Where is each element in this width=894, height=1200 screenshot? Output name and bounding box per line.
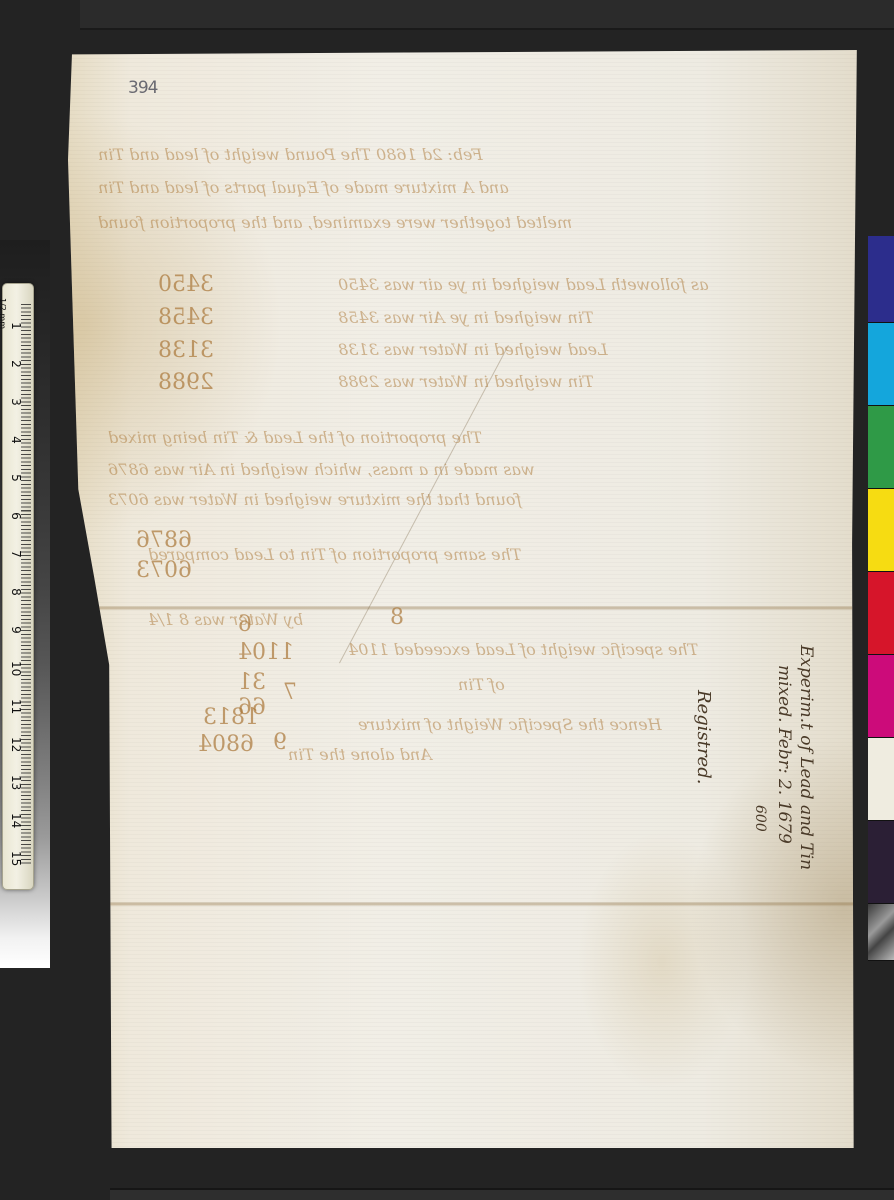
- bleed-number: 6804: [198, 732, 254, 757]
- bleed-number: 3450: [158, 272, 214, 297]
- swatch-cyan: [868, 323, 894, 406]
- bleed-number: 7: [283, 680, 297, 705]
- ruler-tick-5: 5: [9, 471, 23, 485]
- bleed-number: 8: [390, 605, 404, 630]
- endorsement-line-3: 600: [752, 805, 768, 832]
- horizontal-fold-lower: [68, 902, 860, 906]
- measurement-ruler: 1/2 mm 1 2 3 4 5 6 7 8 9 10 11 12 13 14 …: [2, 283, 34, 890]
- swatch-blue: [868, 236, 894, 323]
- folio-number: 394: [128, 78, 157, 98]
- swatch-white: [868, 738, 894, 821]
- ruler-tick-7: 7: [9, 547, 23, 561]
- bleed-line: Tin weighed in ye Air was 3458: [338, 308, 594, 327]
- bleed-line: The specific weight of Lead exceeded 110…: [348, 640, 698, 659]
- bleed-line: found that the mixture weighed in Water …: [108, 490, 521, 509]
- bleed-number: 6: [238, 612, 252, 637]
- swatch-green: [868, 406, 894, 489]
- ruler-tick-10: 10: [9, 661, 23, 675]
- ruler-tick-3: 3: [9, 395, 23, 409]
- bleed-number: 6876: [136, 528, 192, 553]
- bleed-line: And alone the Tin: [288, 745, 432, 764]
- bleed-line: as followeth Lead weighed in ye air was …: [338, 275, 709, 294]
- bleed-number: 1813: [203, 705, 259, 730]
- mounting-board-bottom: [110, 1188, 894, 1200]
- color-calibration-strip: [868, 236, 894, 952]
- swatch-red: [868, 572, 894, 655]
- bleed-number: 1104: [238, 640, 294, 665]
- bleed-line: melted together were examined, and the p…: [98, 213, 572, 232]
- bleed-line: by Water was 8 1/4: [148, 610, 303, 629]
- bleed-line: and A mixture made of Equal parts of lea…: [98, 178, 509, 197]
- ruler-tick-2: 2: [9, 357, 23, 371]
- bleed-number: 3138: [158, 338, 214, 363]
- endorsement-line-1: Experim.t of Lead and Tin: [796, 645, 816, 870]
- bleed-line: The proportion of the Lead & Tin being m…: [108, 428, 482, 447]
- ruler-tick-12: 12: [9, 737, 23, 751]
- mounting-board-top: [80, 0, 894, 30]
- bleed-number: 9: [273, 730, 287, 755]
- bleed-line: Hence the Specific Weight of mixture: [358, 715, 662, 734]
- bleed-line: was made in a mass, which weighed in Air…: [108, 460, 535, 479]
- swatch-silver: [868, 904, 894, 961]
- bleed-line: The same proportion of Tin to Lead compa…: [148, 545, 521, 564]
- bleed-number: 2988: [158, 370, 214, 395]
- ruler-tick-1: 1: [9, 319, 23, 333]
- ruler-tick-14: 14: [9, 813, 23, 827]
- ruler-tick-9: 9: [9, 623, 23, 637]
- bleed-line: of Tin: [458, 675, 505, 694]
- bleed-line: Tin weighed in Water was 2988: [338, 372, 594, 391]
- bleed-line: Lead weighed in Water was 3138: [338, 340, 608, 359]
- bleed-number: 6073: [136, 558, 192, 583]
- bleed-number: 3458: [158, 305, 214, 330]
- manuscript-leaf: 394 Feb: 2d 1680 The Pound weight of lea…: [68, 50, 860, 1148]
- ruler-top-unit-label: 1/2 mm: [0, 298, 7, 329]
- bleed-line: Feb: 2d 1680 The Pound weight of lead an…: [98, 145, 483, 164]
- swatch-yellow: [868, 489, 894, 572]
- endorsement-line-2: mixed. Febr: 2. 1679: [774, 665, 794, 844]
- ruler-tick-8: 8: [9, 585, 23, 599]
- ruler-tick-15: 15: [9, 851, 23, 865]
- ruler-tick-13: 13: [9, 775, 23, 789]
- ruler-tick-6: 6: [9, 509, 23, 523]
- ruler-tick-4: 4: [9, 433, 23, 447]
- bleed-number: 31: [238, 670, 266, 695]
- swatch-black: [868, 821, 894, 904]
- registered-note: Registred.: [693, 690, 714, 784]
- swatch-magenta: [868, 655, 894, 738]
- ruler-tick-11: 11: [9, 699, 23, 713]
